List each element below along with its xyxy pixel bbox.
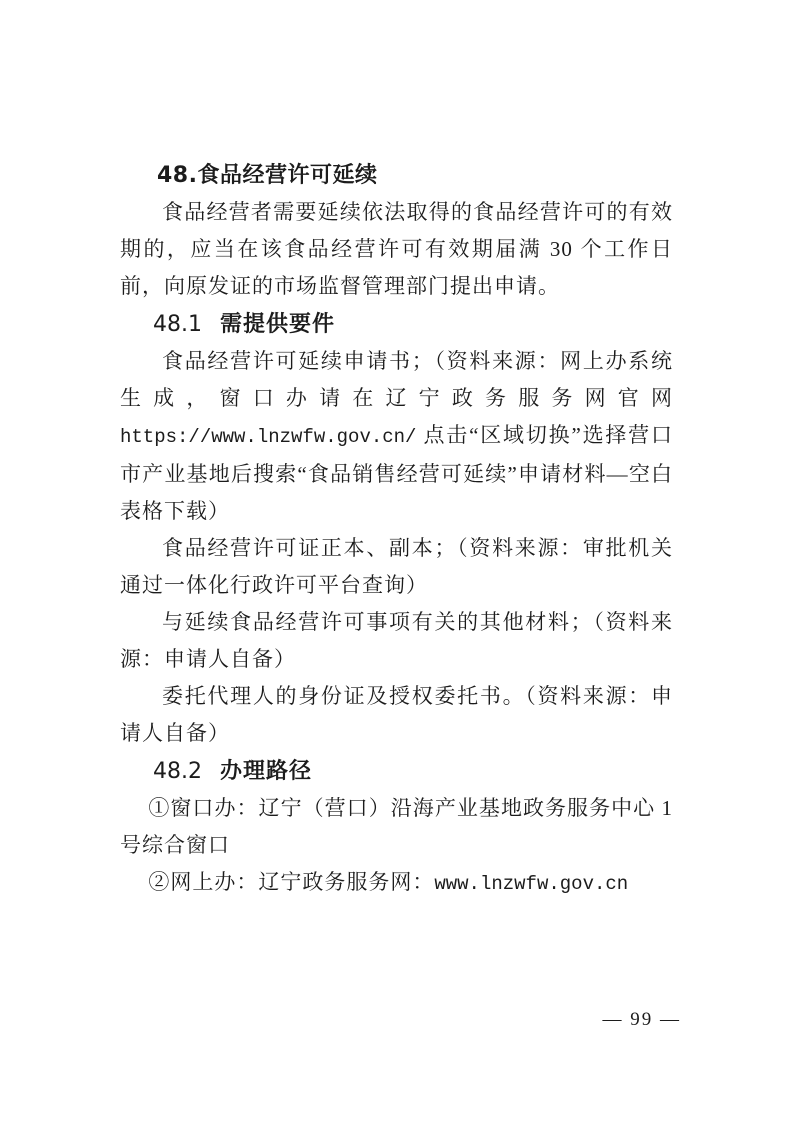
portal-url: www.lnzwfw.gov.cn (434, 873, 628, 895)
section-title: 需提供要件 (220, 311, 335, 336)
document-content: 48.食品经营许可延续 食品经营者需要延续依法取得的食品经营许可的有效期的，应当… (120, 157, 673, 903)
section-number: 48.2 (153, 759, 202, 784)
section-heading-requirements: 48.1需提供要件 (120, 305, 673, 343)
path-item-window: ①窗口办：辽宁（营口）沿海产业基地政务服务中心 1 号综合窗口 (120, 790, 673, 864)
section-title: 办理路径 (220, 758, 312, 783)
requirement-text: 与延续食品经营许可事项有关的其他材料；（资料来源：申请人自备） (120, 610, 673, 671)
requirement-item: 食品经营许可延续申请书；（资料来源：网上办系统生成，窗口办请在辽宁政务服务网官网… (120, 343, 673, 530)
intro-paragraph: 食品经营者需要延续依法取得的食品经营许可的有效期的，应当在该食品经营许可有效期届… (120, 194, 673, 305)
chapter-title: 食品经营许可延续 (197, 163, 377, 188)
section-number: 48.1 (153, 312, 202, 337)
path-text: ②网上办：辽宁政务服务网： (148, 870, 434, 894)
requirement-text: 食品经营许可延续申请书；（资料来源：网上办系统生成，窗口办请在辽宁政务服务网官网 (120, 349, 673, 410)
requirement-text: 食品经营许可证正本、副本；（资料来源：审批机关通过一体化行政许可平台查询） (120, 536, 673, 597)
portal-url: https://www.lnzwfw.gov.cn/ (120, 426, 416, 448)
path-text: ①窗口办：辽宁（营口）沿海产业基地政务服务中心 1 号综合窗口 (120, 796, 673, 857)
chapter-number: 48. (157, 163, 197, 188)
requirement-item: 与延续食品经营许可事项有关的其他材料；（资料来源：申请人自备） (120, 604, 673, 678)
document-page: 48.食品经营许可延续 食品经营者需要延续依法取得的食品经营许可的有效期的，应当… (0, 0, 793, 1122)
chapter-heading: 48.食品经营许可延续 (120, 157, 673, 194)
intro-text: 食品经营者需要延续依法取得的食品经营许可的有效期的，应当在该食品经营许可有效期届… (120, 200, 673, 298)
section-heading-path: 48.2办理路径 (120, 752, 673, 790)
path-item-online: ②网上办：辽宁政务服务网：www.lnzwfw.gov.cn (120, 864, 673, 903)
page-number: — 99 — (603, 1008, 682, 1032)
requirement-text: 委托代理人的身份证及授权委托书。（资料来源：申请人自备） (120, 684, 673, 745)
requirement-item: 食品经营许可证正本、副本；（资料来源：审批机关通过一体化行政许可平台查询） (120, 530, 673, 604)
requirement-item: 委托代理人的身份证及授权委托书。（资料来源：申请人自备） (120, 678, 673, 752)
